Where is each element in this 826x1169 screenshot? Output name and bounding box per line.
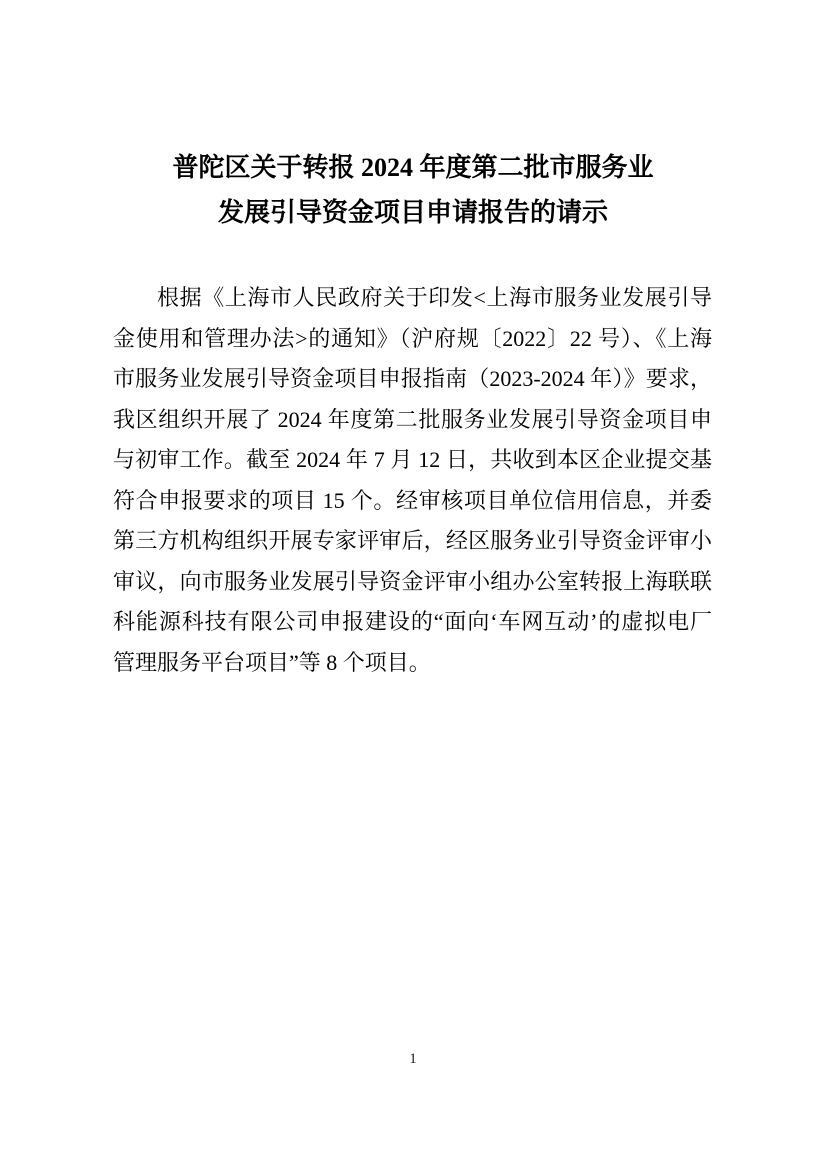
- body-line: 市服务业发展引导资金项目申报指南（2023-2024 年）》要求，: [113, 359, 712, 400]
- body-line: 管理服务平台项目”等 8 个项目。: [113, 643, 712, 684]
- document-title: 普陀区关于转报 2024 年度第二批市服务业 发展引导资金项目申请报告的请示: [113, 145, 713, 235]
- body-line: 我区组织开展了 2024 年度第二批服务业发展引导资金项目申报: [113, 400, 712, 441]
- document-title-line-2: 发展引导资金项目申请报告的请示: [113, 190, 713, 235]
- document-page: 普陀区关于转报 2024 年度第二批市服务业 发展引导资金项目申请报告的请示 根…: [0, 0, 826, 1169]
- body-line: 根据《上海市人民政府关于印发<上海市服务业发展引导资: [113, 278, 712, 319]
- body-line: 第三方机构组织开展专家评审后，经区服务业引导资金评审小组: [113, 521, 712, 562]
- page-number: 1: [0, 1048, 826, 1070]
- document-body: 根据《上海市人民政府关于印发<上海市服务业发展引导资 金使用和管理办法>的通知》…: [113, 278, 712, 683]
- document-title-line-1: 普陀区关于转报 2024 年度第二批市服务业: [113, 145, 713, 190]
- body-line: 科能源科技有限公司申报建设的“面向‘车网互动’的虚拟电厂: [113, 602, 712, 643]
- body-line: 与初审工作。截至 2024 年 7 月 12 日，共收到本区企业提交基本: [113, 440, 712, 481]
- body-line: 审议，向市服务业发展引导资金评审小组办公室转报上海联联睿: [113, 562, 712, 603]
- body-line: 金使用和管理办法>的通知》（沪府规〔2022〕22 号）、《上海: [113, 319, 712, 360]
- body-line: 符合申报要求的项目 15 个。经审核项目单位信用信息，并委托: [113, 481, 712, 522]
